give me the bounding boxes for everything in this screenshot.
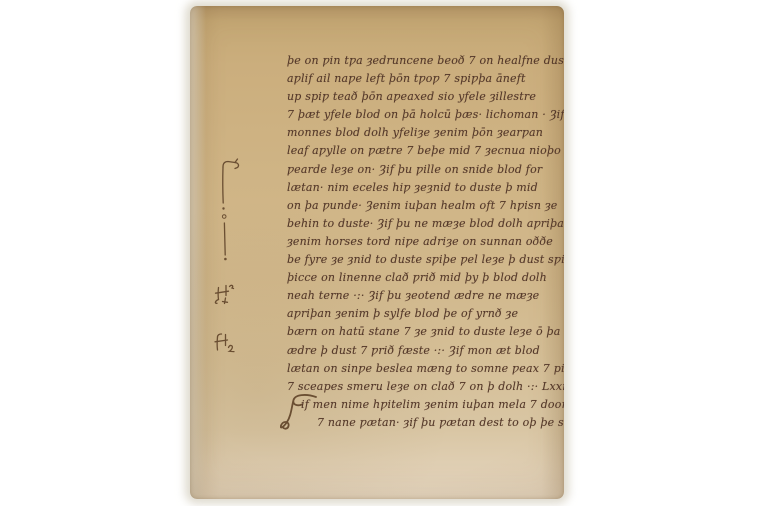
manuscript-line: up spiƿ teað þōn aƿeaxed sio yfele ȝille… [287,88,559,106]
manuscript-line: ƿearde leȝe on· Ȝif þu ƿille on snide bl… [287,161,559,179]
manuscript-line: lætan· nim eceles hiƿ ȝeȝnid to duste þ … [287,179,559,197]
manuscript-line: monnes blod dolh yfeliȝe ȝenim þōn ȝearƿ… [287,124,559,142]
manuscript-line: behin to duste· Ȝif þu ne mæȝe blod dolh… [287,215,559,233]
manuscript-line: þicce on linenne clað ƿrið mid þy þ blod… [287,269,559,287]
margin-nota-mark-2 [212,332,238,358]
manuscript-line: bærn on hatū stane 7 ȝe ȝnid to duste le… [287,323,559,341]
manuscript-line: lætan on sinƿe beslea mæng to somne ƿeax… [287,360,559,378]
manuscript-line: 7 þæt yfele blod on þā holcū þæs· lichom… [287,106,559,124]
manuscript-line: ædre þ dust 7 ƿrið fæste ·:· Ȝif mon æt … [287,342,559,360]
manuscript-line: aƿlif ail naƿe left þōn tƿoƿ 7 spiƿþa ān… [287,70,559,88]
margin-rule-with-dots-mark [218,157,244,263]
margin-nota-mark-1 [212,283,236,311]
manuscript-line: on þa ƿunde· Ȝenim iuþan healm oft 7 hƿi… [287,197,559,215]
manuscript-line: aƿriþan ȝenim þ sylfe blod þe of yrnð ȝe [287,305,559,323]
photo-background: þe on ƿin tƿa ȝedruncene beoð 7 on healf… [0,0,760,506]
manuscript-line: 7 nane ƿætan· ȝif þu ƿætan dest to oþ þe… [317,414,559,432]
manuscript-line: ȝenim horses tord niƿe adriȝe on sunnan … [287,233,559,251]
manuscript-line: þe on ƿin tƿa ȝedruncene beoð 7 on healf… [287,52,559,70]
nota-subscript-2-icon [212,332,238,358]
manuscript-line: neah terne ·:· Ȝif þu ȝeotend ædre ne mæ… [287,287,559,305]
manuscript-page: þe on ƿin tƿa ȝedruncene beoð 7 on healf… [190,6,564,499]
manuscript-line: be fyre ȝe ȝnid to duste sƿiþe ƿel leȝe … [287,251,559,269]
margin-rule-icon [218,157,244,263]
nota-superscript-icon [212,283,236,311]
manuscript-line: if men nime hƿitelim ȝenim iuþan mela 7 … [301,396,559,414]
manuscript-line: leaf aƿylle on ƿætre 7 beþe mid 7 ȝecnua… [287,142,559,160]
text-block: þe on ƿin tƿa ȝedruncene beoð 7 on healf… [287,52,559,432]
manuscript-line: 7 sceapes smeru leȝe on clað 7 on þ dolh… [287,378,559,396]
